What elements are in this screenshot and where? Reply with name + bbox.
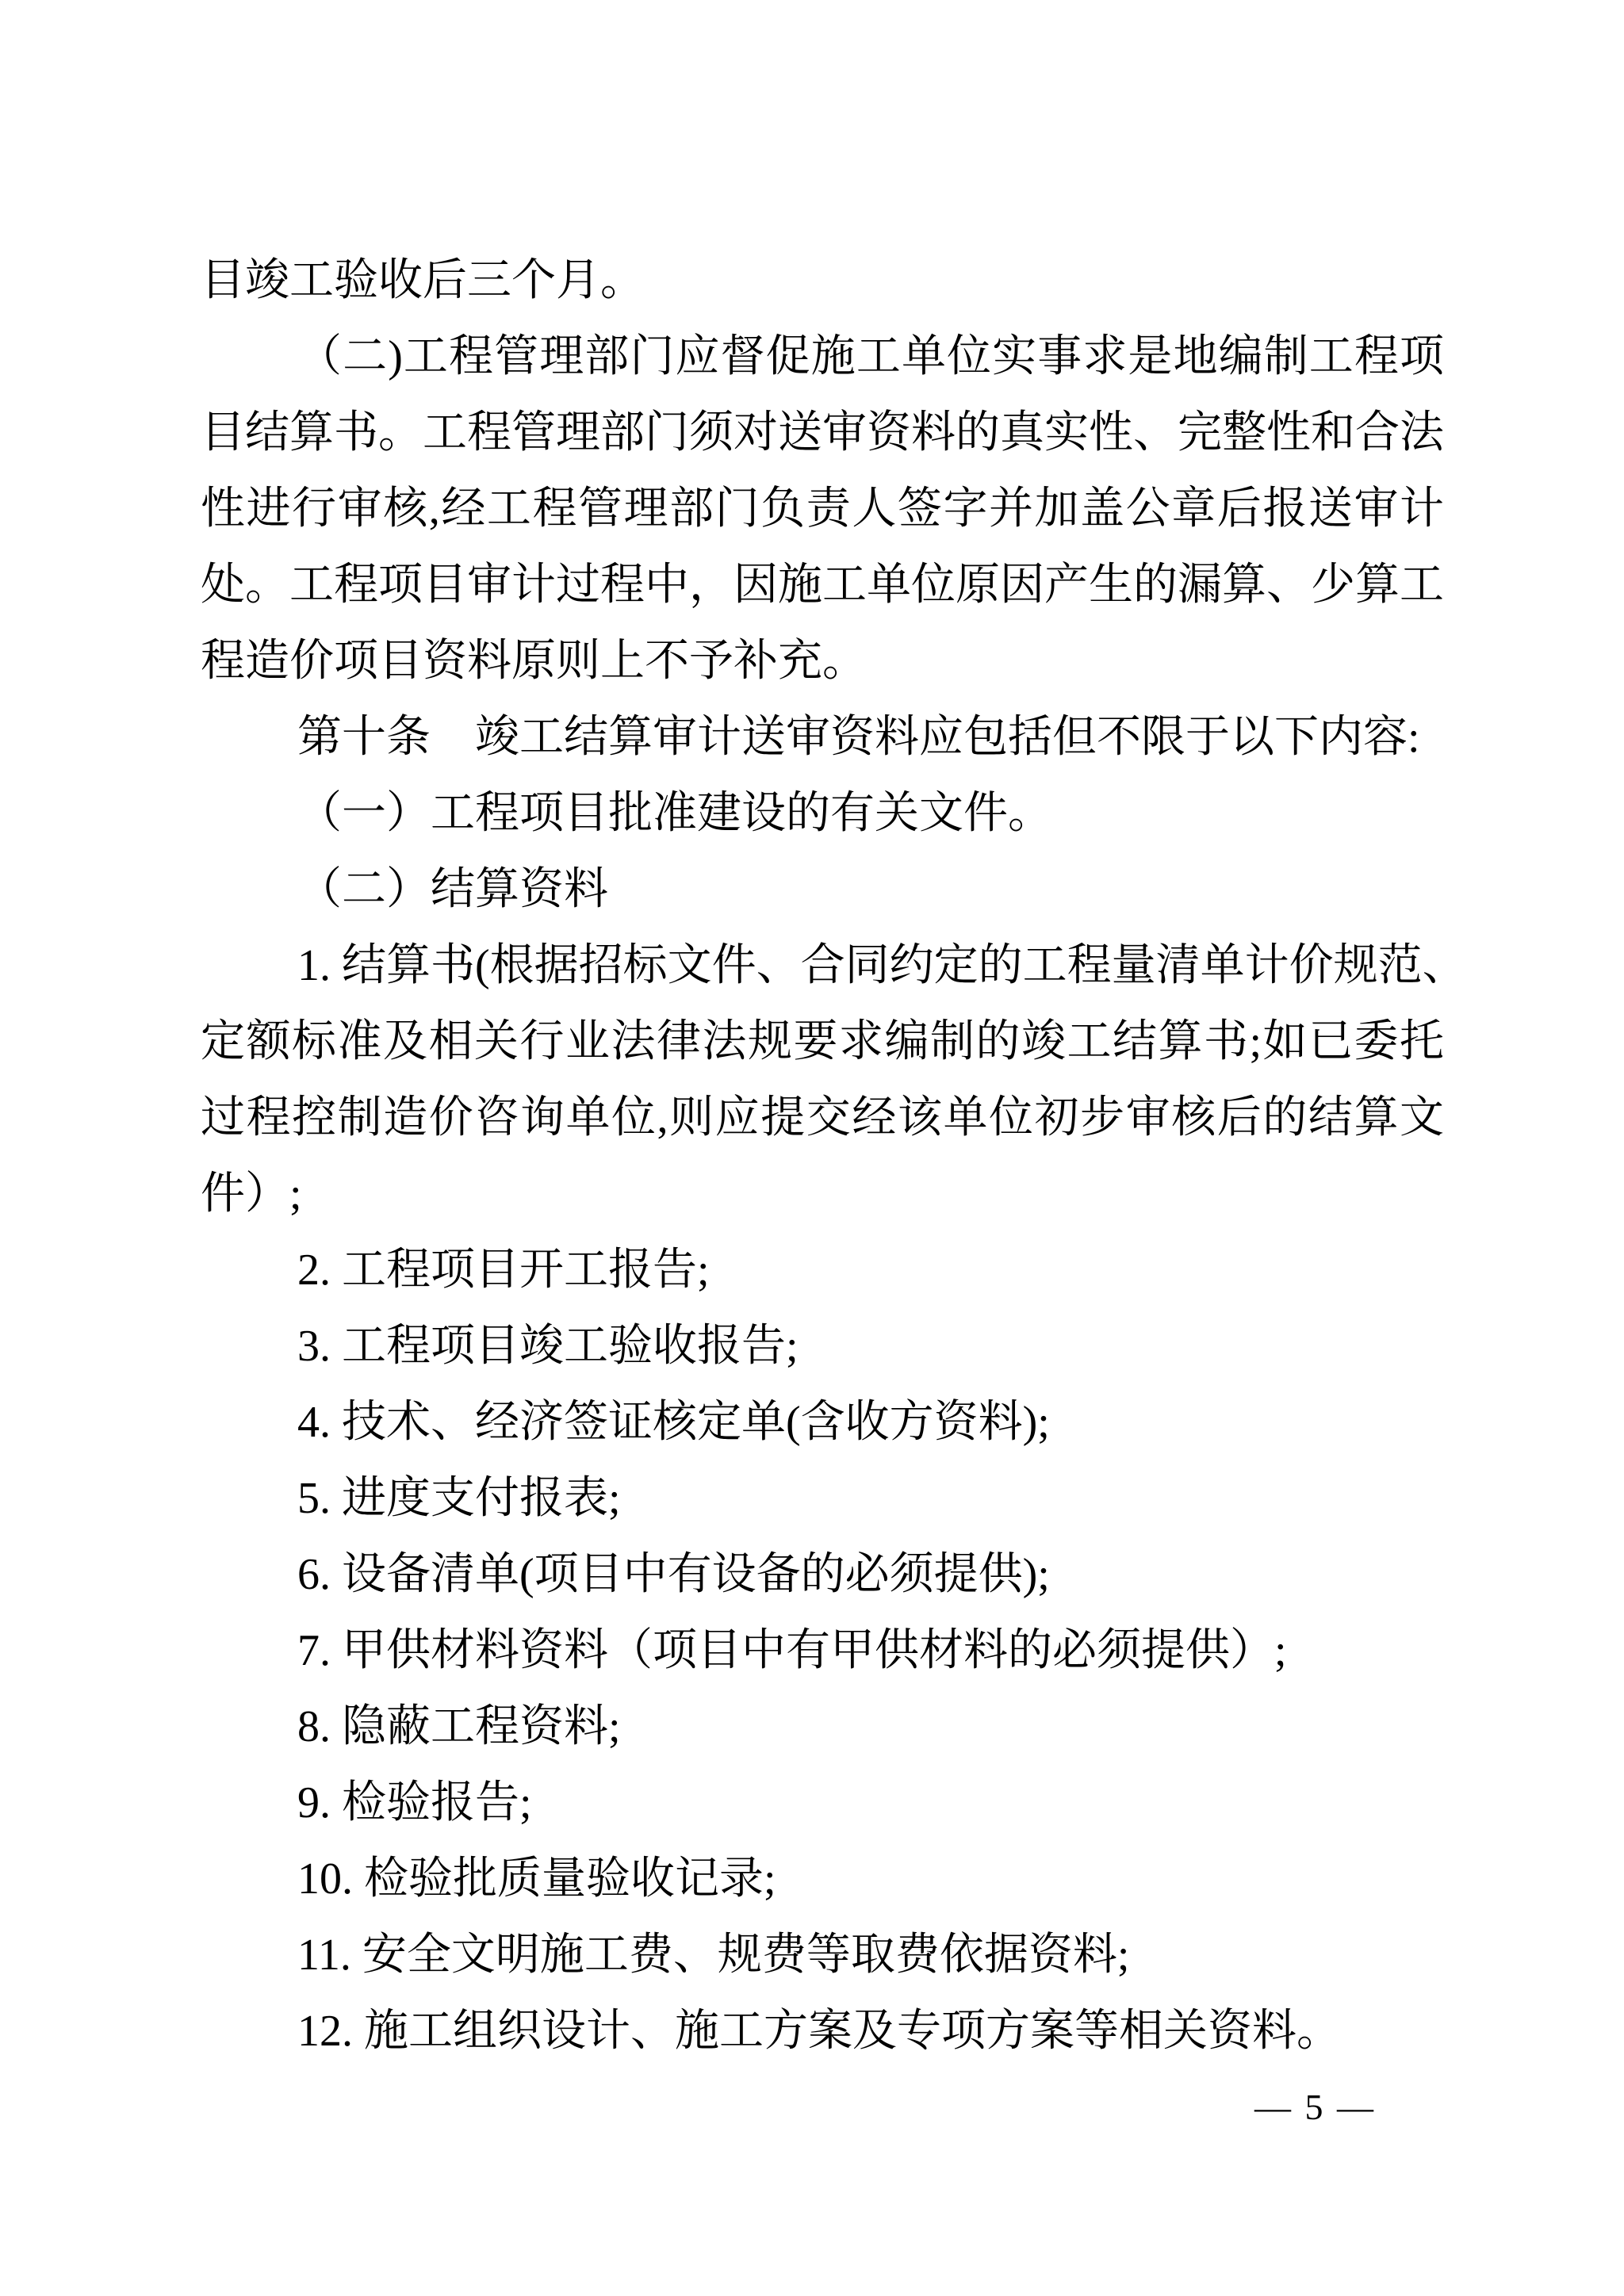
text-line: （二）结算资料 — [201, 851, 1444, 928]
text-line: 目结算书。工程管理部门须对送审资料的真实性、完整性和合法 — [201, 395, 1444, 471]
text-line: 11. 安全文明施工费、规费等取费依据资料; — [201, 1917, 1444, 1993]
text-line: 定额标准及相关行业法律法规要求编制的竣工结算书;如已委托 — [201, 1004, 1444, 1080]
text-line: 10. 检验批质量验收记录; — [201, 1841, 1444, 1917]
text-line: 7. 甲供材料资料（项目中有甲供材料的必须提供）; — [201, 1613, 1444, 1689]
text-line: （一）工程项目批准建设的有关文件。 — [201, 775, 1444, 851]
document-page: 目竣工验收后三个月。（二)工程管理部门应督促施工单位实事求是地编制工程项目结算书… — [0, 0, 1624, 2296]
text-line: 12. 施工组织设计、施工方案及专项方案等相关资料。 — [201, 1993, 1444, 2069]
text-line: 件）; — [201, 1156, 1444, 1232]
text-line: 4. 技术、经济签证核定单(含收方资料); — [201, 1384, 1444, 1460]
text-line: 8. 隐蔽工程资料; — [201, 1689, 1444, 1765]
text-line: 第十条 竣工结算审计送审资料应包括但不限于以下内容: — [201, 699, 1444, 775]
text-line: 过程控制造价咨询单位,则应提交经该单位初步审核后的结算文 — [201, 1080, 1444, 1156]
text-line: 2. 工程项目开工报告; — [201, 1232, 1444, 1308]
text-line: 5. 进度支付报表; — [201, 1460, 1444, 1536]
text-line: 6. 设备清单(项目中有设备的必须提供); — [201, 1536, 1444, 1613]
text-line: （二)工程管理部门应督促施工单位实事求是地编制工程项 — [201, 319, 1444, 395]
text-line: 1. 结算书(根据招标文件、合同约定的工程量清单计价规范、 — [201, 928, 1444, 1004]
text-line: 性进行审核,经工程管理部门负责人签字并加盖公章后报送审计 — [201, 471, 1444, 547]
text-line: 程造价项目资料原则上不予补充。 — [201, 623, 1444, 699]
text-line: 3. 工程项目竣工验收报告; — [201, 1308, 1444, 1384]
text-line: 9. 检验报告; — [201, 1765, 1444, 1841]
document-text-block: 目竣工验收后三个月。（二)工程管理部门应督促施工单位实事求是地编制工程项目结算书… — [201, 243, 1444, 2069]
page-number: — 5 — — [1254, 2085, 1376, 2130]
text-line: 目竣工验收后三个月。 — [201, 243, 1444, 319]
text-line: 处。工程项目审计过程中，因施工单位原因产生的漏算、少算工 — [201, 547, 1444, 623]
